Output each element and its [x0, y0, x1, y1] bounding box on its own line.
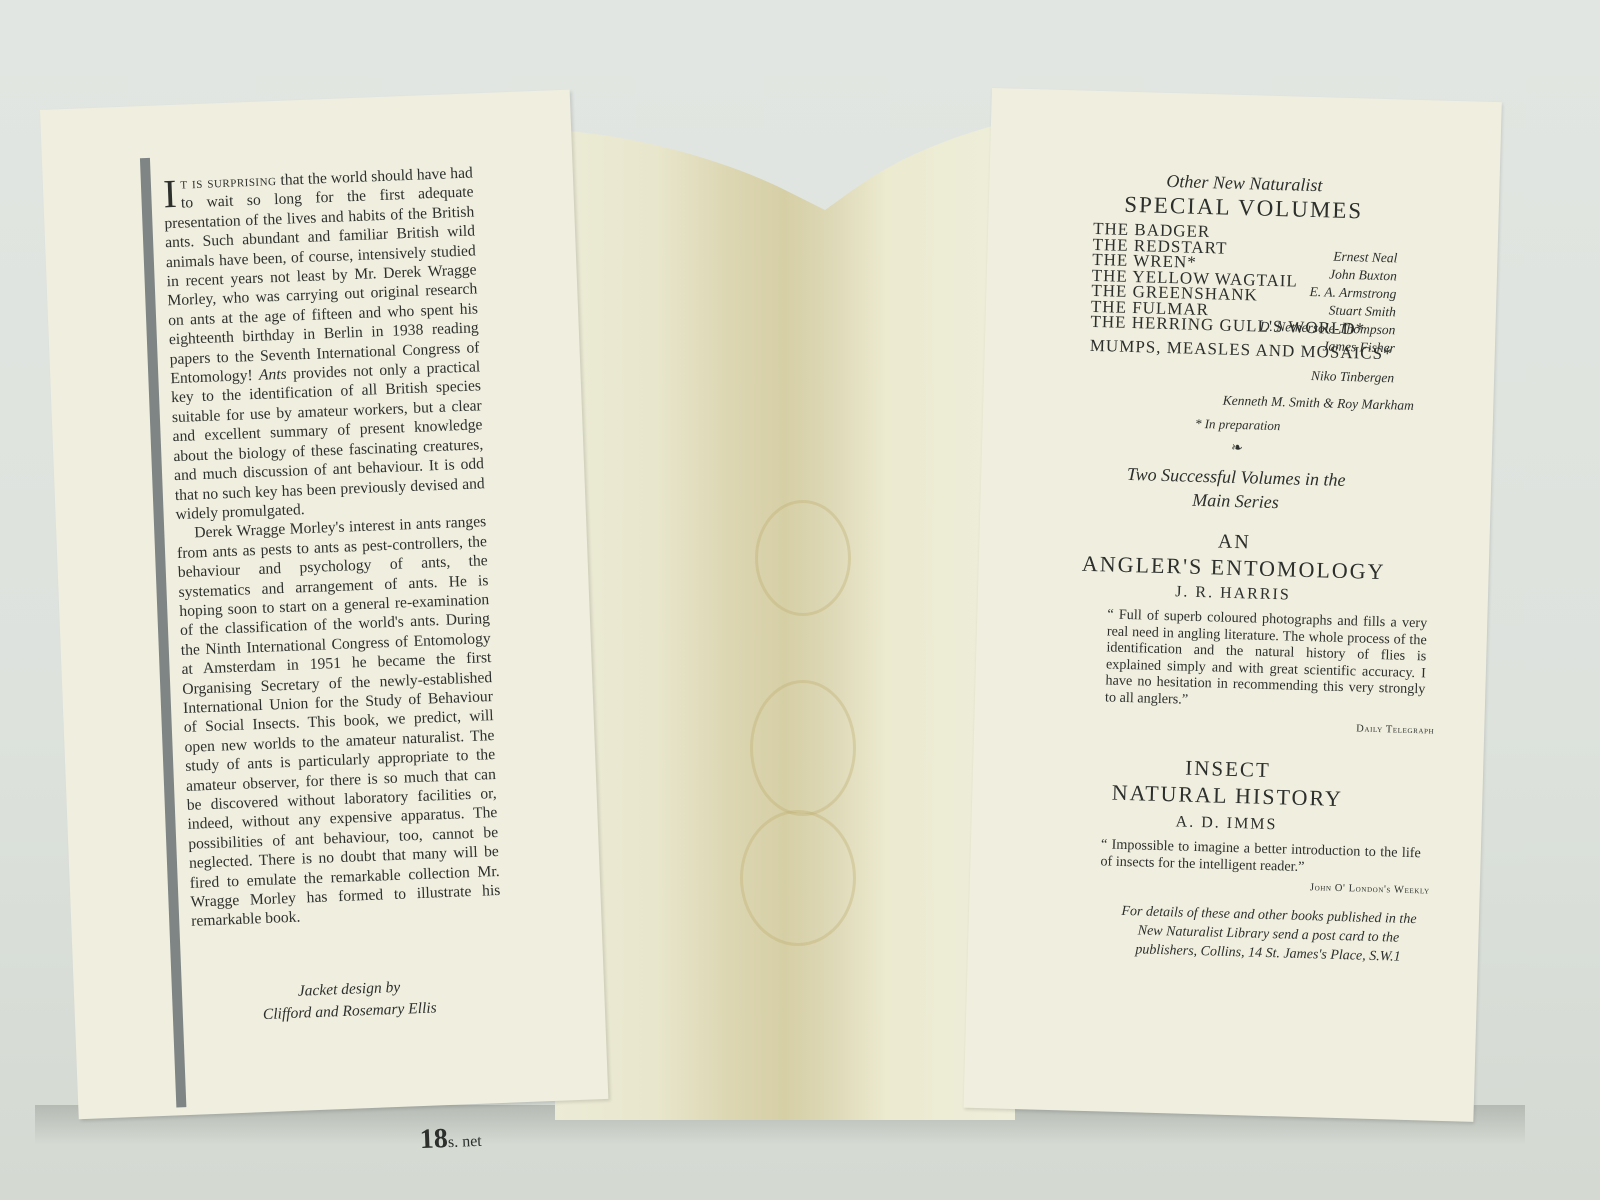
volume-author: James Fisher: [1235, 335, 1395, 357]
book-2-review: “ Impossible to imagine a better introdu…: [1100, 836, 1421, 878]
book-2-review-source: John O' London's Weekly: [1310, 882, 1430, 896]
water-stain: [750, 680, 856, 816]
lead-in: t is surprising: [180, 172, 277, 193]
book-1-review: “ Full of superb coloured photographs an…: [1105, 606, 1428, 714]
water-stain: [740, 810, 856, 946]
book-title-italic: Ants: [259, 366, 287, 384]
price-label: 18s. net: [419, 1122, 482, 1156]
front-flap: It is surprising that the world should h…: [40, 90, 608, 1120]
volume-authors: Ernest Neal John Buxton E. A. Armstrong …: [1234, 245, 1398, 387]
blurb-paragraph-1: that the world should have had to wait s…: [164, 164, 480, 387]
blurb-paragraph-2: Derek Wragge Morley's interest in ants r…: [176, 512, 501, 931]
drop-cap: I: [163, 177, 178, 211]
water-stain: [755, 500, 851, 616]
price-suffix: s. net: [448, 1133, 482, 1151]
price-number: 18: [419, 1123, 448, 1155]
blurb-text: It is surprising that the world should h…: [163, 163, 502, 931]
publisher-note: For details of these and other books pub…: [1108, 902, 1429, 968]
jacket-spine-inner: [555, 120, 1015, 1120]
volume-author: Niko Tinbergen: [1234, 365, 1394, 387]
jacket-credit: Jacket design by Clifford and Rosemary E…: [194, 973, 505, 1029]
back-flap: Other New Naturalist SPECIAL VOLUMES THE…: [964, 88, 1502, 1122]
book-1-review-source: Daily Telegraph: [1356, 723, 1434, 736]
